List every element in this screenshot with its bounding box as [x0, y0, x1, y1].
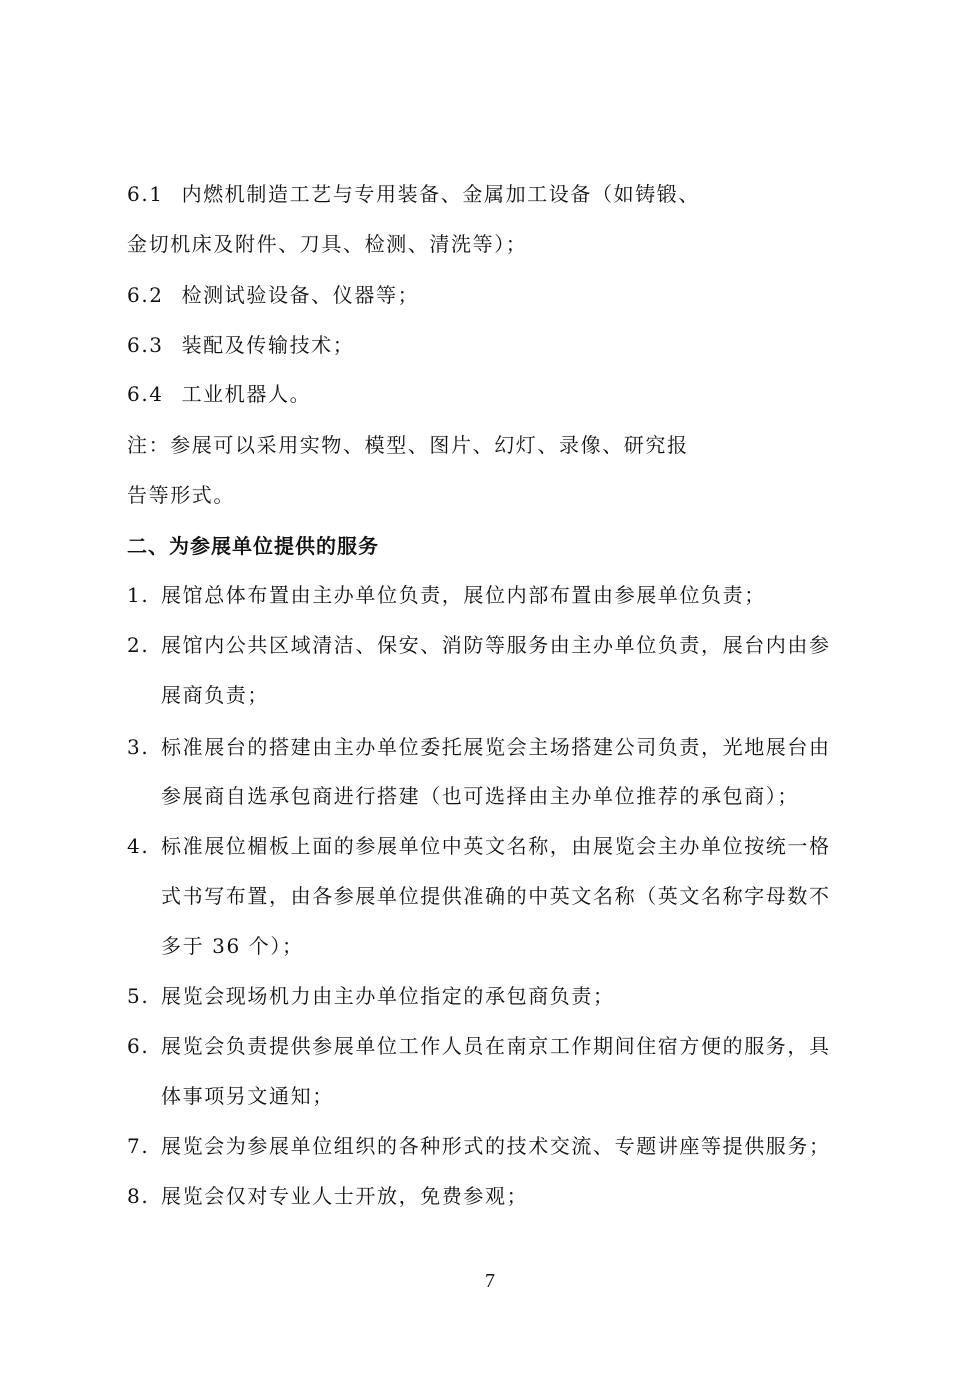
service-item-6-continued: 体事项另文通知； — [161, 1083, 334, 1109]
item-number: 6.4 — [127, 382, 164, 406]
item-number: 6.2 — [127, 283, 164, 307]
service-item-2: 2.展馆内公共区域清洁、保安、消防等服务由主办单位负责，展台内由参 — [127, 632, 831, 658]
item-text: 展览会仅对专业人士开放，免费参观； — [161, 1184, 528, 1208]
item-text: 装配及传输技术； — [182, 333, 355, 357]
item-number: 5. — [127, 983, 161, 1009]
item-text: 展览会为参展单位组织的各种形式的技术交流、专题讲座等提供服务； — [161, 1134, 831, 1158]
item-number: 2. — [127, 632, 161, 658]
service-item-3: 3.标准展台的搭建由主办单位委托展览会主场搭建公司负责，光地展台由 — [127, 734, 831, 760]
item-number: 3. — [127, 734, 161, 760]
service-item-3-continued: 参展商自选承包商进行搭建（也可选择由主办单位推荐的承包商）； — [161, 783, 799, 809]
note-line-2: 告等形式。 — [127, 482, 235, 508]
page-number: 7 — [0, 1270, 980, 1293]
service-item-2-continued: 展商负责； — [161, 682, 269, 708]
item-text: 工业机器人。 — [182, 382, 312, 406]
item-text: 标准展位楣板上面的参展单位中英文名称，由展览会主办单位按统一格 — [161, 834, 831, 858]
item-text: 标准展台的搭建由主办单位委托展览会主场搭建公司负责，光地展台由 — [161, 735, 831, 759]
item-text: 内燃机制造工艺与专用装备、金属加工设备（如铸锻、 — [182, 182, 700, 206]
item-6-2: 6.2 检测试验设备、仪器等； — [127, 282, 419, 308]
item-number: 7. — [127, 1133, 161, 1159]
item-number: 4. — [127, 833, 161, 859]
service-item-1: 1.展馆总体布置由主办单位负责，展位内部布置由参展单位负责； — [127, 582, 766, 608]
item-number: 1. — [127, 582, 161, 608]
item-text: 展览会现场机力由主办单位指定的承包商负责； — [161, 984, 615, 1008]
item-text: 金切机床及附件、刀具、检测、清洗等）； — [127, 232, 527, 256]
service-item-4-continued-2: 多于 36 个）； — [161, 933, 304, 959]
service-item-7: 7.展览会为参展单位组织的各种形式的技术交流、专题讲座等提供服务； — [127, 1133, 831, 1159]
item-6-1-continued: 金切机床及附件、刀具、检测、清洗等）； — [127, 231, 527, 257]
item-6-3: 6.3 装配及传输技术； — [127, 332, 354, 358]
item-text: 检测试验设备、仪器等； — [182, 283, 420, 307]
item-number: 6.3 — [127, 333, 164, 357]
note-line-1: 注：参展可以采用实物、模型、图片、幻灯、录像、研究报 — [127, 432, 689, 458]
service-item-6: 6.展览会负责提供参展单位工作人员在南京工作期间住宿方便的服务，具 — [127, 1033, 831, 1059]
item-number: 6.1 — [127, 182, 164, 206]
service-item-5: 5.展览会现场机力由主办单位指定的承包商负责； — [127, 983, 615, 1009]
document-page: 6.1 内燃机制造工艺与专用装备、金属加工设备（如铸锻、 金切机床及附件、刀具、… — [0, 0, 980, 1375]
item-text: 展馆总体布置由主办单位负责，展位内部布置由参展单位负责； — [161, 583, 766, 607]
section-heading: 二、为参展单位提供的服务 — [127, 533, 379, 559]
item-text: 展馆内公共区域清洁、保安、消防等服务由主办单位负责，展台内由参 — [161, 633, 831, 657]
item-number: 6. — [127, 1033, 161, 1059]
service-item-8: 8.展览会仅对专业人士开放，免费参观； — [127, 1183, 528, 1209]
service-item-4: 4.标准展位楣板上面的参展单位中英文名称，由展览会主办单位按统一格 — [127, 833, 831, 859]
item-6-1: 6.1 内燃机制造工艺与专用装备、金属加工设备（如铸锻、 — [127, 181, 700, 207]
item-6-4: 6.4 工业机器人。 — [127, 381, 311, 407]
item-number: 8. — [127, 1183, 161, 1209]
service-item-4-continued-1: 式书写布置，由各参展单位提供准确的中英文名称（英文名称字母数不 — [161, 883, 831, 909]
item-text: 展览会负责提供参展单位工作人员在南京工作期间住宿方便的服务，具 — [161, 1034, 831, 1058]
